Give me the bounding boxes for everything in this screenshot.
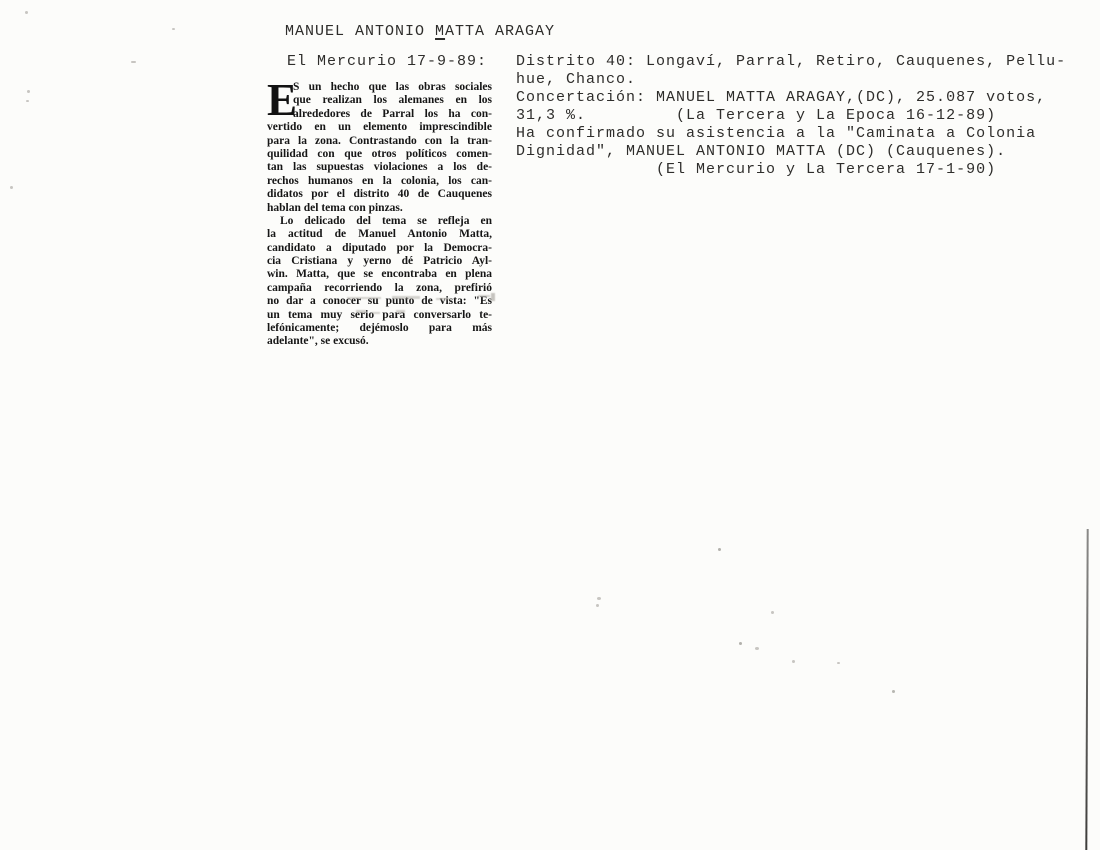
clipping-line: que realizan los alemanes en los <box>267 94 492 107</box>
scan-smudge <box>396 310 405 313</box>
clipping-line: Lo delicado del tema se refleja en <box>267 215 492 228</box>
clipping-line: vertido en un elemento imprescindible <box>267 121 492 134</box>
scan-speck <box>597 597 601 600</box>
scan-speck <box>27 90 30 93</box>
scan-smudge <box>392 296 420 299</box>
page-title: MANUEL ANTONIO MATTA ARAGAY <box>285 23 555 40</box>
scan-smudge <box>356 310 366 313</box>
scan-smudge <box>347 297 381 299</box>
clipping-line: la actitud de Manuel Antonio Matta, <box>267 228 492 241</box>
scanned-document-page: MANUEL ANTONIO MATTA ARAGAY El Mercurio … <box>0 0 1100 850</box>
scan-speck <box>771 611 774 614</box>
scan-page-edge-line <box>1085 529 1088 850</box>
typed-line: hue, Chanco. <box>516 71 1066 89</box>
clipping-line: rechos humanos en la colonia, los can- <box>267 175 492 188</box>
clipping-line: S un hecho que las obras sociales <box>267 81 492 94</box>
clipping-line: alrededores de Parral los ha con- <box>267 108 492 121</box>
page-title-part1: MANUEL ANTONIO <box>285 23 435 40</box>
clipping-line: win. Matta, que se encontraba en plena <box>267 268 492 281</box>
typed-line: Concertación: MANUEL MATTA ARAGAY,(DC), … <box>516 89 1066 107</box>
clipping-line: adelante", se excusó. <box>267 335 492 348</box>
scan-speck <box>10 186 13 189</box>
page-title-underlined-letter: M <box>435 23 445 40</box>
typed-line: Ha confirmado su asistencia a la "Camina… <box>516 125 1066 143</box>
typed-line: Dignidad", MANUEL ANTONIO MATTA (DC) (Ca… <box>516 143 1066 161</box>
clipping-line: didatos por el distrito 40 de Cauquenes <box>267 188 492 201</box>
source-heading: El Mercurio 17-9-89: <box>287 53 487 70</box>
clipping-line: cia Cristiana y yerno dé Patricio Ayl- <box>267 255 492 268</box>
scan-speck <box>596 604 599 607</box>
scan-speck <box>755 647 759 650</box>
scan-smudge <box>491 293 495 301</box>
page-title-part2: ATTA ARAGAY <box>445 23 555 40</box>
scan-speck <box>26 100 29 102</box>
clipping-line: para la zona. Contrastando con la tran- <box>267 135 492 148</box>
scan-speck <box>718 548 721 551</box>
scan-smudge <box>478 295 490 297</box>
clipping-line: tan las supuestas violaciones a los de- <box>267 161 492 174</box>
typed-line: 31,3 %. (La Tercera y La Epoca 16-12-89) <box>516 107 1066 125</box>
scan-speck <box>837 662 840 664</box>
scan-smudge <box>372 312 380 314</box>
clipping-line: candidato a diputado por la Democra- <box>267 242 492 255</box>
clipping-line: hablan del tema con pinzas. <box>267 202 492 215</box>
clipping-line: quilidad con que otros políticos comen- <box>267 148 492 161</box>
typed-line: Distrito 40: Longaví, Parral, Retiro, Ca… <box>516 53 1066 71</box>
typed-line: (El Mercurio y La Tercera 17-1-90) <box>516 161 1066 179</box>
clipping-line: lefónicamente; dejémoslo para más <box>267 322 492 335</box>
scan-speck <box>739 642 742 645</box>
drop-cap: E <box>267 81 288 121</box>
typed-summary-column: Distrito 40: Longaví, Parral, Retiro, Ca… <box>516 53 1066 179</box>
newspaper-clipping: E S un hecho que las obras sociales que … <box>267 81 492 349</box>
scan-speck <box>131 61 136 63</box>
scan-speck <box>172 28 175 30</box>
clipping-line: campaña recorriendo la zona, prefirió <box>267 282 492 295</box>
scan-speck <box>892 690 895 693</box>
scan-smudge <box>436 298 450 300</box>
scan-speck <box>792 660 795 663</box>
clipping-line: un tema muy serio para conversarlo te- <box>267 309 492 322</box>
scan-speck <box>25 11 28 14</box>
